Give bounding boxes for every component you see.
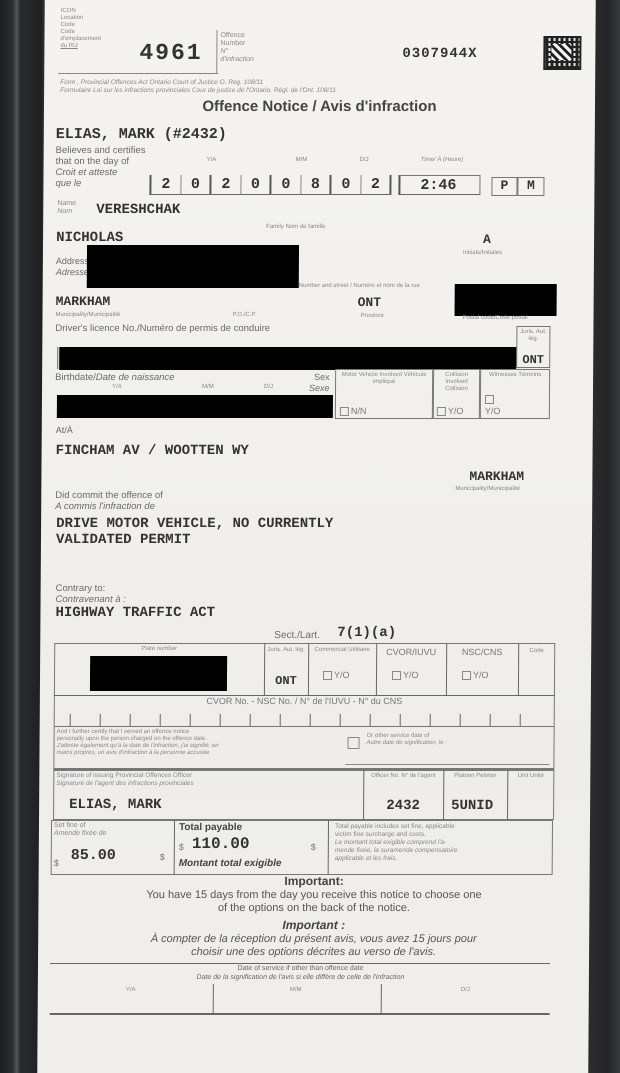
- section: 7(1)(a): [337, 625, 396, 641]
- cvor-digit-tick: [160, 714, 161, 726]
- cvor-number-field[interactable]: [60, 710, 550, 726]
- witnesses-checkbox[interactable]: Y/O: [485, 395, 501, 416]
- birth-month-label: M/M: [202, 384, 214, 391]
- cvor-digit-tick: [490, 714, 491, 726]
- po-caption: P.O./C.P.: [233, 312, 257, 319]
- plate-label: Plate number: [54, 646, 264, 653]
- province: ONT: [358, 295, 382, 310]
- given-name: NICHOLAS: [56, 230, 123, 246]
- cvor-digit-tick: [280, 714, 281, 726]
- cvor-digit-tick: [130, 714, 131, 726]
- form-line-en: Form , Provincial Offences Act Ontario C…: [60, 79, 263, 86]
- cvor-digit-tick: [220, 714, 221, 726]
- date-digit: 0: [271, 175, 301, 194]
- offence-label: Did commit the offence of A commis l'inf…: [55, 490, 163, 512]
- total-includes-note: Total payable includes set fine, applica…: [335, 823, 458, 863]
- cvor-digit-tick: [70, 714, 71, 726]
- service-day-label: D/J: [461, 987, 470, 994]
- officer-number: 2432: [363, 798, 443, 814]
- cvor-number-label: CVOR No. - NSC No. / N° de l'IUVU - N° d…: [54, 696, 555, 706]
- cvor-digit-tick: [190, 714, 191, 726]
- address-caption: Number and street / Numéro et nom de la …: [299, 283, 420, 290]
- officer-number-label: Officer No. N° de l'agent: [363, 773, 443, 780]
- divider: [50, 963, 550, 964]
- certify-label: Believes and certifies that on the day o…: [55, 145, 145, 189]
- fine-section: [51, 820, 553, 875]
- redacted-birthdate: [57, 395, 333, 418]
- location-municipality: MARKHAM: [469, 469, 524, 484]
- service-date-label-en: Date of service if other than offence da…: [38, 965, 563, 972]
- sex-label: Sex Sexe: [309, 372, 330, 394]
- location-municipality-caption: Municipality/Municipalité: [455, 486, 520, 493]
- divider: [213, 984, 214, 1014]
- offence-date: 20200802: [149, 175, 391, 195]
- signature-label: Signature of issuing Provincial Offences…: [56, 772, 194, 788]
- cvor-digit-tick: [250, 714, 251, 726]
- currency-symbol: $: [54, 858, 59, 868]
- redacted-postal-code: [455, 284, 557, 316]
- collision-involved-box: Collision Involved Collision Y/O: [433, 369, 480, 419]
- date-digit: 2: [151, 175, 181, 194]
- certify-service-text: And I further certify that I served an o…: [56, 729, 218, 757]
- important-text-en: You have 15 days from the day you receiv…: [38, 889, 589, 915]
- mv-involved-checkbox[interactable]: N/N: [340, 406, 367, 416]
- divider: [216, 30, 217, 74]
- at-label: At/À: [56, 425, 73, 436]
- divider: [381, 984, 382, 1014]
- family-name: VERESHCHAK: [96, 202, 180, 218]
- cvor-digit-tick: [520, 714, 521, 726]
- day-label: D/J: [360, 157, 369, 164]
- date-digit: 0: [241, 175, 271, 194]
- officer-signature-name: ELIAS, MARK: [69, 797, 162, 813]
- plate-juris: ONT: [264, 674, 308, 688]
- currency-symbol: $: [160, 852, 165, 862]
- date-digit: 2: [211, 175, 241, 194]
- date-digit: 8: [301, 175, 331, 194]
- code-label: Code: [518, 648, 555, 655]
- nsc-checkbox[interactable]: Y/O: [462, 670, 489, 680]
- commercial-label: Commercial Utilitaire: [308, 647, 376, 654]
- month-label: M/M: [296, 157, 308, 164]
- offence-number-label: Offence Number N° d'infraction: [220, 32, 254, 64]
- service-date-label-fr: Date de la signification de l'avis si el…: [38, 974, 563, 981]
- cvor-digit-tick: [100, 714, 101, 726]
- offence-notice-paper: ICON Location Code Code d'emplacement du…: [37, 0, 595, 1073]
- nsc-label: NSC/CNS: [446, 647, 518, 657]
- cvor-label: CVOR/IUVU: [376, 647, 446, 657]
- important-title-en: Important:: [39, 874, 590, 888]
- municipality-caption: Municipality/Municipalité: [56, 312, 121, 319]
- plate-juris-label: Juris. Aut. lég.: [264, 647, 308, 654]
- ampm-p: P: [491, 177, 517, 196]
- other-service-date-label: Or other service date of Autre date de s…: [367, 733, 447, 747]
- total-payable: 110.00: [192, 835, 250, 853]
- commercial-checkbox[interactable]: Y/O: [323, 670, 350, 680]
- licence-label: Driver's licence No./Numéro de permis de…: [55, 323, 270, 334]
- date-digit: 2: [361, 175, 391, 194]
- offence-time-box: 2:46: [398, 175, 480, 195]
- municipality: MARKHAM: [56, 294, 111, 309]
- service-date-field[interactable]: [50, 1013, 550, 1015]
- location-code-label: ICON Location Code Code d'emplacement du…: [60, 8, 101, 50]
- collision-checkbox[interactable]: Y/O: [437, 406, 464, 416]
- total-payable-label-fr: Montant total exigible: [179, 858, 282, 869]
- cvor-checkbox[interactable]: Y/O: [392, 670, 419, 680]
- offence-description: DRIVE MOTOR VEHICLE, NO CURRENTLY VALIDA…: [56, 516, 333, 548]
- year-label: Y/A: [207, 157, 217, 164]
- postal-caption: Postal code/Code postal: [462, 315, 527, 322]
- initial-caption: Initials/Initiales: [463, 250, 502, 257]
- form-line-fr: Formulaire Loi sur les infractions provi…: [60, 87, 336, 94]
- offence-number: 0307944X: [402, 46, 477, 62]
- currency-symbol: $: [311, 842, 316, 852]
- service-year-label: Y/A: [126, 987, 136, 994]
- contrary-label: Contrary to: Contravenant à :: [56, 583, 126, 605]
- witnesses-box: Witnesses Témoins Y/O: [480, 369, 550, 419]
- divider: [58, 73, 218, 74]
- family-name-caption: Family Nom de famille: [266, 224, 325, 231]
- licence-juris-box: Juris. Aut. lég. ONT: [516, 326, 550, 368]
- officer-name-header: ELIAS, MARK (#2432): [56, 126, 227, 143]
- time-label: Time/ À (Heure): [421, 157, 464, 164]
- cvor-digit-tick: [340, 714, 341, 726]
- set-fine-label: Set fine of Amende fixée de: [54, 822, 107, 838]
- currency-symbol: $: [179, 842, 184, 852]
- page-title: Offence Notice / Avis d'infraction: [44, 98, 595, 115]
- cvor-digit-tick: [430, 714, 431, 726]
- section-label: Sect./Lart.: [274, 630, 320, 641]
- initial: A: [483, 232, 491, 247]
- motor-vehicle-involved-box: Motor Vehicle Involved Véhicule impliqué…: [335, 369, 433, 419]
- cvor-digit-tick: [460, 714, 461, 726]
- name-label: Name Nom: [57, 200, 76, 216]
- cvor-digit-tick: [370, 714, 371, 726]
- birthdate-label: Birthdate/Date de naissance: [55, 372, 174, 383]
- service-month-label: M/M: [290, 987, 302, 994]
- offence-location: FINCHAM AV / WOOTTEN WY: [56, 443, 249, 459]
- offence-time: 2:46: [420, 177, 456, 194]
- date-digit: 0: [181, 175, 211, 194]
- platoon-label: Platoon Peloton: [443, 773, 507, 780]
- other-service-date-checkbox[interactable]: [347, 734, 361, 752]
- redacted-plate-number: [90, 656, 227, 691]
- divider: [57, 347, 58, 369]
- set-fine: 85.00: [71, 847, 116, 864]
- cvor-digit-tick: [310, 714, 311, 726]
- cvor-digit-tick: [400, 714, 401, 726]
- date-digit: 0: [331, 175, 361, 194]
- address-label: Address Adresse: [56, 256, 89, 278]
- birth-year-label: Y/A: [112, 384, 122, 391]
- background-left: [0, 0, 42, 1073]
- unit-label: Unit Unité: [507, 773, 554, 780]
- total-payable-label: Total payable: [179, 822, 242, 833]
- location-code: 4961: [139, 40, 202, 66]
- important-title-fr: Important :: [38, 918, 589, 932]
- statute: HIGHWAY TRAFFIC ACT: [55, 605, 215, 621]
- other-service-date-line[interactable]: [345, 764, 549, 765]
- platoon: 5UNID: [451, 798, 493, 814]
- datamatrix-barcode-icon: [543, 36, 581, 70]
- ampm-m: M: [517, 177, 544, 196]
- birth-day-label: D/J: [264, 384, 273, 391]
- province-caption: Province: [361, 313, 384, 320]
- licence-juris: ONT: [517, 353, 549, 367]
- important-text-fr: À compter de la réception du présent avi…: [38, 933, 589, 959]
- redacted-licence-number: [59, 347, 516, 370]
- redacted-address: [87, 245, 299, 288]
